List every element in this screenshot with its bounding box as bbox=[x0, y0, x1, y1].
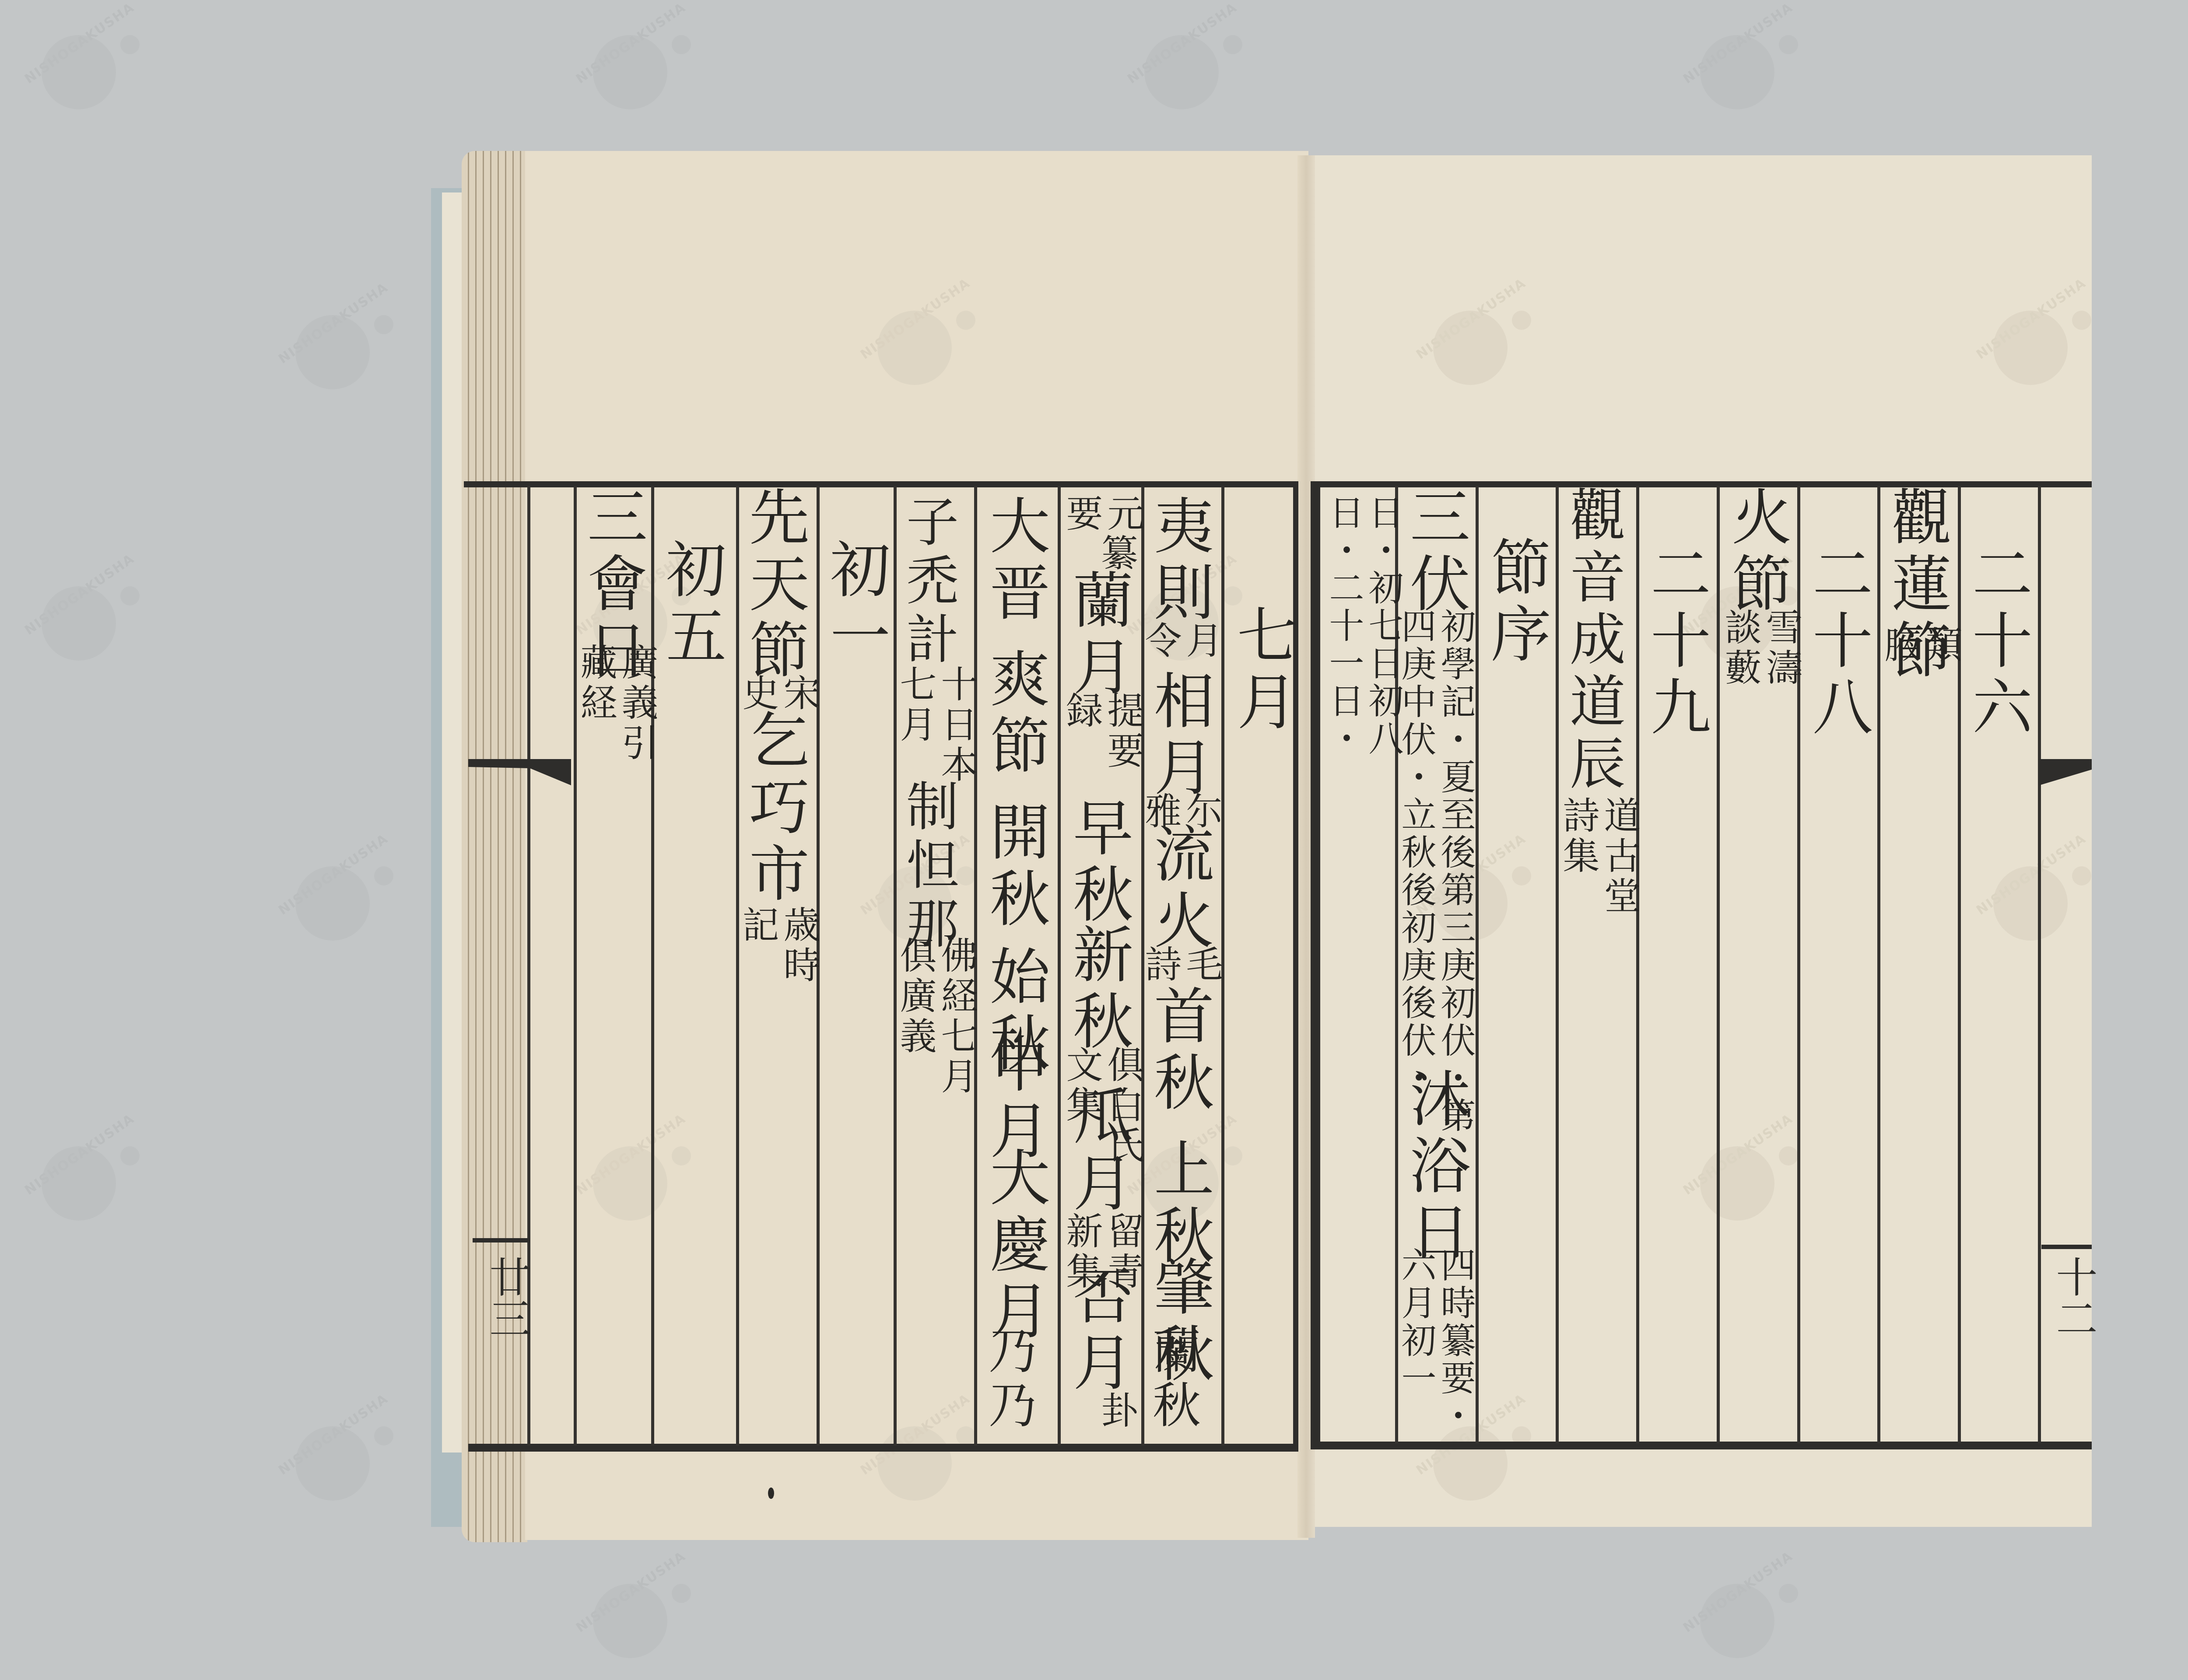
term: 相月 bbox=[1149, 669, 1209, 802]
column-rule bbox=[1556, 486, 1559, 1444]
term: 上秋 bbox=[1149, 1137, 1209, 1270]
date-heading: 初一 bbox=[825, 538, 885, 671]
date-heading: 二十六 bbox=[1967, 542, 2027, 742]
annotation: 道古堂 詩集 bbox=[1560, 796, 1638, 917]
annotation: 十日本 七月 bbox=[897, 665, 975, 786]
term: 開秋 bbox=[985, 801, 1045, 934]
term: 申月 bbox=[985, 1032, 1045, 1165]
annotation: 卦 bbox=[1098, 1391, 1135, 1431]
term: 蘭秋 bbox=[1149, 1326, 1197, 1434]
watermark-logo-icon: NISHOGAKUSHA bbox=[853, 284, 967, 398]
term: 三伏 bbox=[1405, 486, 1465, 619]
column-rule bbox=[651, 486, 654, 1446]
term: 先天節 bbox=[744, 486, 804, 685]
column-rule bbox=[2038, 486, 2041, 1444]
annotation: 歳時 記 bbox=[740, 906, 817, 986]
term: 否月 bbox=[1068, 1264, 1128, 1397]
annotation: 四時纂要・ 六月初一 bbox=[1398, 1247, 1473, 1435]
heading-month: 七月 bbox=[1232, 604, 1292, 737]
term: 沐浴日 bbox=[1405, 1067, 1465, 1267]
date-heading: 初五 bbox=[661, 538, 721, 671]
left-frame-bottom bbox=[468, 1444, 1295, 1452]
annotation: 提要 録 bbox=[1063, 691, 1141, 772]
term: 夷則 bbox=[1149, 494, 1209, 627]
annotation: 雪濤 談藪 bbox=[1722, 608, 1800, 689]
term: 爽節 bbox=[985, 647, 1045, 780]
annotation: 廣義引 藏経 bbox=[578, 643, 656, 764]
term: 制怛那 bbox=[901, 779, 954, 955]
date-heading: 二十八 bbox=[1807, 542, 1868, 742]
term: 新秋 bbox=[1068, 923, 1128, 1056]
annotation: 元 要 bbox=[1063, 494, 1141, 535]
watermark-logo-icon: NISHOGAKUSHA bbox=[1676, 1120, 1790, 1234]
right-frame-bottom bbox=[1311, 1442, 2092, 1449]
annotation: 日・初七日初八 日・二十一日・ bbox=[1326, 494, 1400, 758]
column-rule bbox=[1058, 486, 1061, 1446]
annotation: 佛経七月 俱廣義 bbox=[897, 936, 975, 1097]
term: 首秋 bbox=[1149, 984, 1209, 1117]
page-number: 廿三 bbox=[486, 1256, 527, 1339]
term: 乞巧市 bbox=[744, 709, 804, 908]
section-heading: 節序 bbox=[1486, 536, 1546, 669]
column-rule bbox=[736, 486, 739, 1446]
term: 早秋 bbox=[1068, 796, 1128, 929]
watermark-logo-icon: NISHOGAKUSHA bbox=[1409, 284, 1523, 398]
page-number-box bbox=[2041, 1245, 2092, 1249]
term: 火節 bbox=[1726, 486, 1787, 619]
annotation: 宋 史 bbox=[740, 674, 817, 714]
term: 乃乃 bbox=[985, 1326, 1033, 1434]
term: 瓜月 bbox=[1068, 1085, 1128, 1218]
page-number: 十二 bbox=[2052, 1256, 2094, 1339]
term: 大慶月 bbox=[985, 1146, 1045, 1346]
annotation: 初學記・夏至後第三庚初伏・第 四庚中伏・立秋後初庚後伏・ bbox=[1398, 608, 1473, 1135]
annotation: 類 腋 bbox=[1882, 626, 1960, 666]
annotation: 纂 bbox=[1098, 534, 1135, 574]
term: 流火 bbox=[1149, 822, 1209, 955]
date-heading: 二十九 bbox=[1645, 542, 1706, 742]
watermark-logo-icon: NISHOGAKUSHA bbox=[569, 1120, 683, 1234]
ink-spot bbox=[768, 1487, 774, 1499]
term: 大晋 bbox=[985, 494, 1045, 627]
watermark-logo-icon: NISHOGAKUSHA bbox=[1969, 284, 2083, 398]
book: NISHOGAKUSHA NISHOGAKUSHA NISHOGAKUSHA N… bbox=[0, 0, 2188, 1680]
watermark-logo-icon: NISHOGAKUSHA bbox=[1969, 840, 2083, 954]
term: 觀音成道辰 bbox=[1564, 486, 1620, 796]
annotation: 月 令 bbox=[1142, 621, 1220, 661]
term: 蘭月 bbox=[1068, 569, 1128, 702]
column-rule bbox=[1636, 486, 1639, 1444]
term: 子禿計 bbox=[901, 494, 954, 670]
column-rule bbox=[574, 486, 577, 1446]
right-frame-left bbox=[1311, 481, 1320, 1449]
column-rule bbox=[1476, 486, 1479, 1444]
watermark-logo-icon: NISHOGAKUSHA bbox=[853, 1400, 967, 1514]
annotation: 毛 詩 bbox=[1142, 945, 1220, 985]
